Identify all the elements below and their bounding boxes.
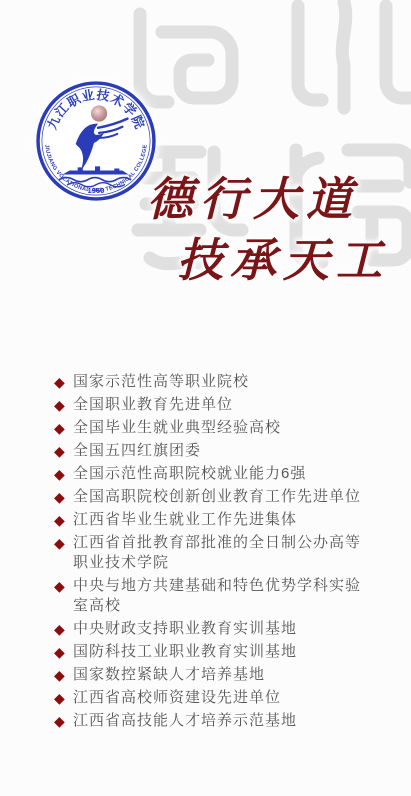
honor-item: ◆全国示范性高职院校就业能力6强 (54, 464, 366, 484)
honor-item-text: 中央与地方共建基础和特色优势学科实验室高校 (73, 577, 361, 614)
honor-item: ◆全国五四红旗团委 (54, 441, 366, 461)
honor-item-text: 中央财政支持职业教育实训基地 (73, 620, 297, 637)
honor-item-text: 全国示范性高职院校就业能力6强 (73, 465, 306, 482)
motto-line-2: 技承天工 (177, 224, 389, 290)
honor-item: ◆国防科技工业职业教育实训基地 (54, 642, 366, 662)
honor-item: ◆全国毕业生就业典型经验高校 (54, 418, 366, 438)
diamond-bullet-icon: ◆ (54, 487, 65, 507)
honor-item: ◆中央与地方共建基础和特色优势学科实验室高校 (54, 576, 366, 616)
diamond-bullet-icon: ◆ (54, 372, 65, 392)
watermark-glyph-stroke (342, 2, 345, 108)
honor-item-text: 国家数控紧缺人才培养基地 (73, 666, 265, 683)
logo-founded-year: 1960 (88, 186, 105, 195)
honor-item-text: 全国五四红旗团委 (73, 442, 201, 459)
honor-item-text: 国家示范性高等职业院校 (73, 373, 249, 390)
college-logo: 九江职业技术学院 JIUJIANG VOCATIONAL AND TECHNIC… (35, 80, 157, 202)
honor-item-text: 国防科技工业职业教育实训基地 (73, 643, 297, 660)
honor-item-text: 江西省高校师资建设先进单位 (73, 689, 281, 706)
honor-item-text: 江西省高技能人才培养示范基地 (73, 712, 297, 729)
honor-item: ◆国家示范性高等职业院校 (54, 372, 366, 392)
honor-item-text: 江西省首批教育部批准的全日制公办高等职业技术学院 (73, 534, 361, 571)
diamond-bullet-icon: ◆ (54, 510, 65, 530)
honor-item: ◆江西省毕业生就业工作先进集体 (54, 510, 366, 530)
diamond-bullet-icon: ◆ (54, 665, 65, 685)
diamond-bullet-icon: ◆ (54, 711, 65, 731)
honor-item: ◆江西省高技能人才培养示范基地 (54, 711, 366, 731)
honor-item-text: 江西省毕业生就业工作先进集体 (73, 511, 297, 528)
honor-item: ◆全国高职院校创新创业教育工作先进单位 (54, 487, 366, 507)
brochure-page: 九江职业技术学院 JIUJIANG VOCATIONAL AND TECHNIC… (0, 0, 411, 796)
honor-item-text: 全国高职院校创新创业教育工作先进单位 (73, 488, 361, 505)
logo-sun-ball (91, 105, 107, 121)
honors-list: ◆国家示范性高等职业院校◆全国职业教育先进单位◆全国毕业生就业典型经验高校◆全国… (54, 372, 366, 734)
diamond-bullet-icon: ◆ (54, 688, 65, 708)
diamond-bullet-icon: ◆ (54, 395, 65, 415)
diamond-bullet-icon: ◆ (54, 418, 65, 438)
diamond-bullet-icon: ◆ (54, 642, 65, 662)
diamond-bullet-icon: ◆ (54, 464, 65, 484)
honor-item: ◆国家数控紧缺人才培养基地 (54, 665, 366, 685)
diamond-bullet-icon: ◆ (54, 576, 65, 596)
honor-item: ◆全国职业教育先进单位 (54, 395, 366, 415)
watermark-glyph-stroke (386, 6, 410, 98)
diamond-bullet-icon: ◆ (54, 533, 65, 553)
watermark-glyph-stroke (298, 6, 322, 100)
honor-item: ◆江西省首批教育部批准的全日制公办高等职业技术学院 (54, 533, 366, 573)
watermark-glyph-stroke (162, 32, 232, 98)
honor-item-text: 全国职业教育先进单位 (73, 396, 233, 413)
diamond-bullet-icon: ◆ (54, 619, 65, 639)
honor-item-text: 全国毕业生就业典型经验高校 (73, 419, 281, 436)
honor-item: ◆中央财政支持职业教育实训基地 (54, 619, 366, 639)
honor-item: ◆江西省高校师资建设先进单位 (54, 688, 366, 708)
diamond-bullet-icon: ◆ (54, 441, 65, 461)
motto-line-1: 德行大道 (147, 163, 359, 229)
